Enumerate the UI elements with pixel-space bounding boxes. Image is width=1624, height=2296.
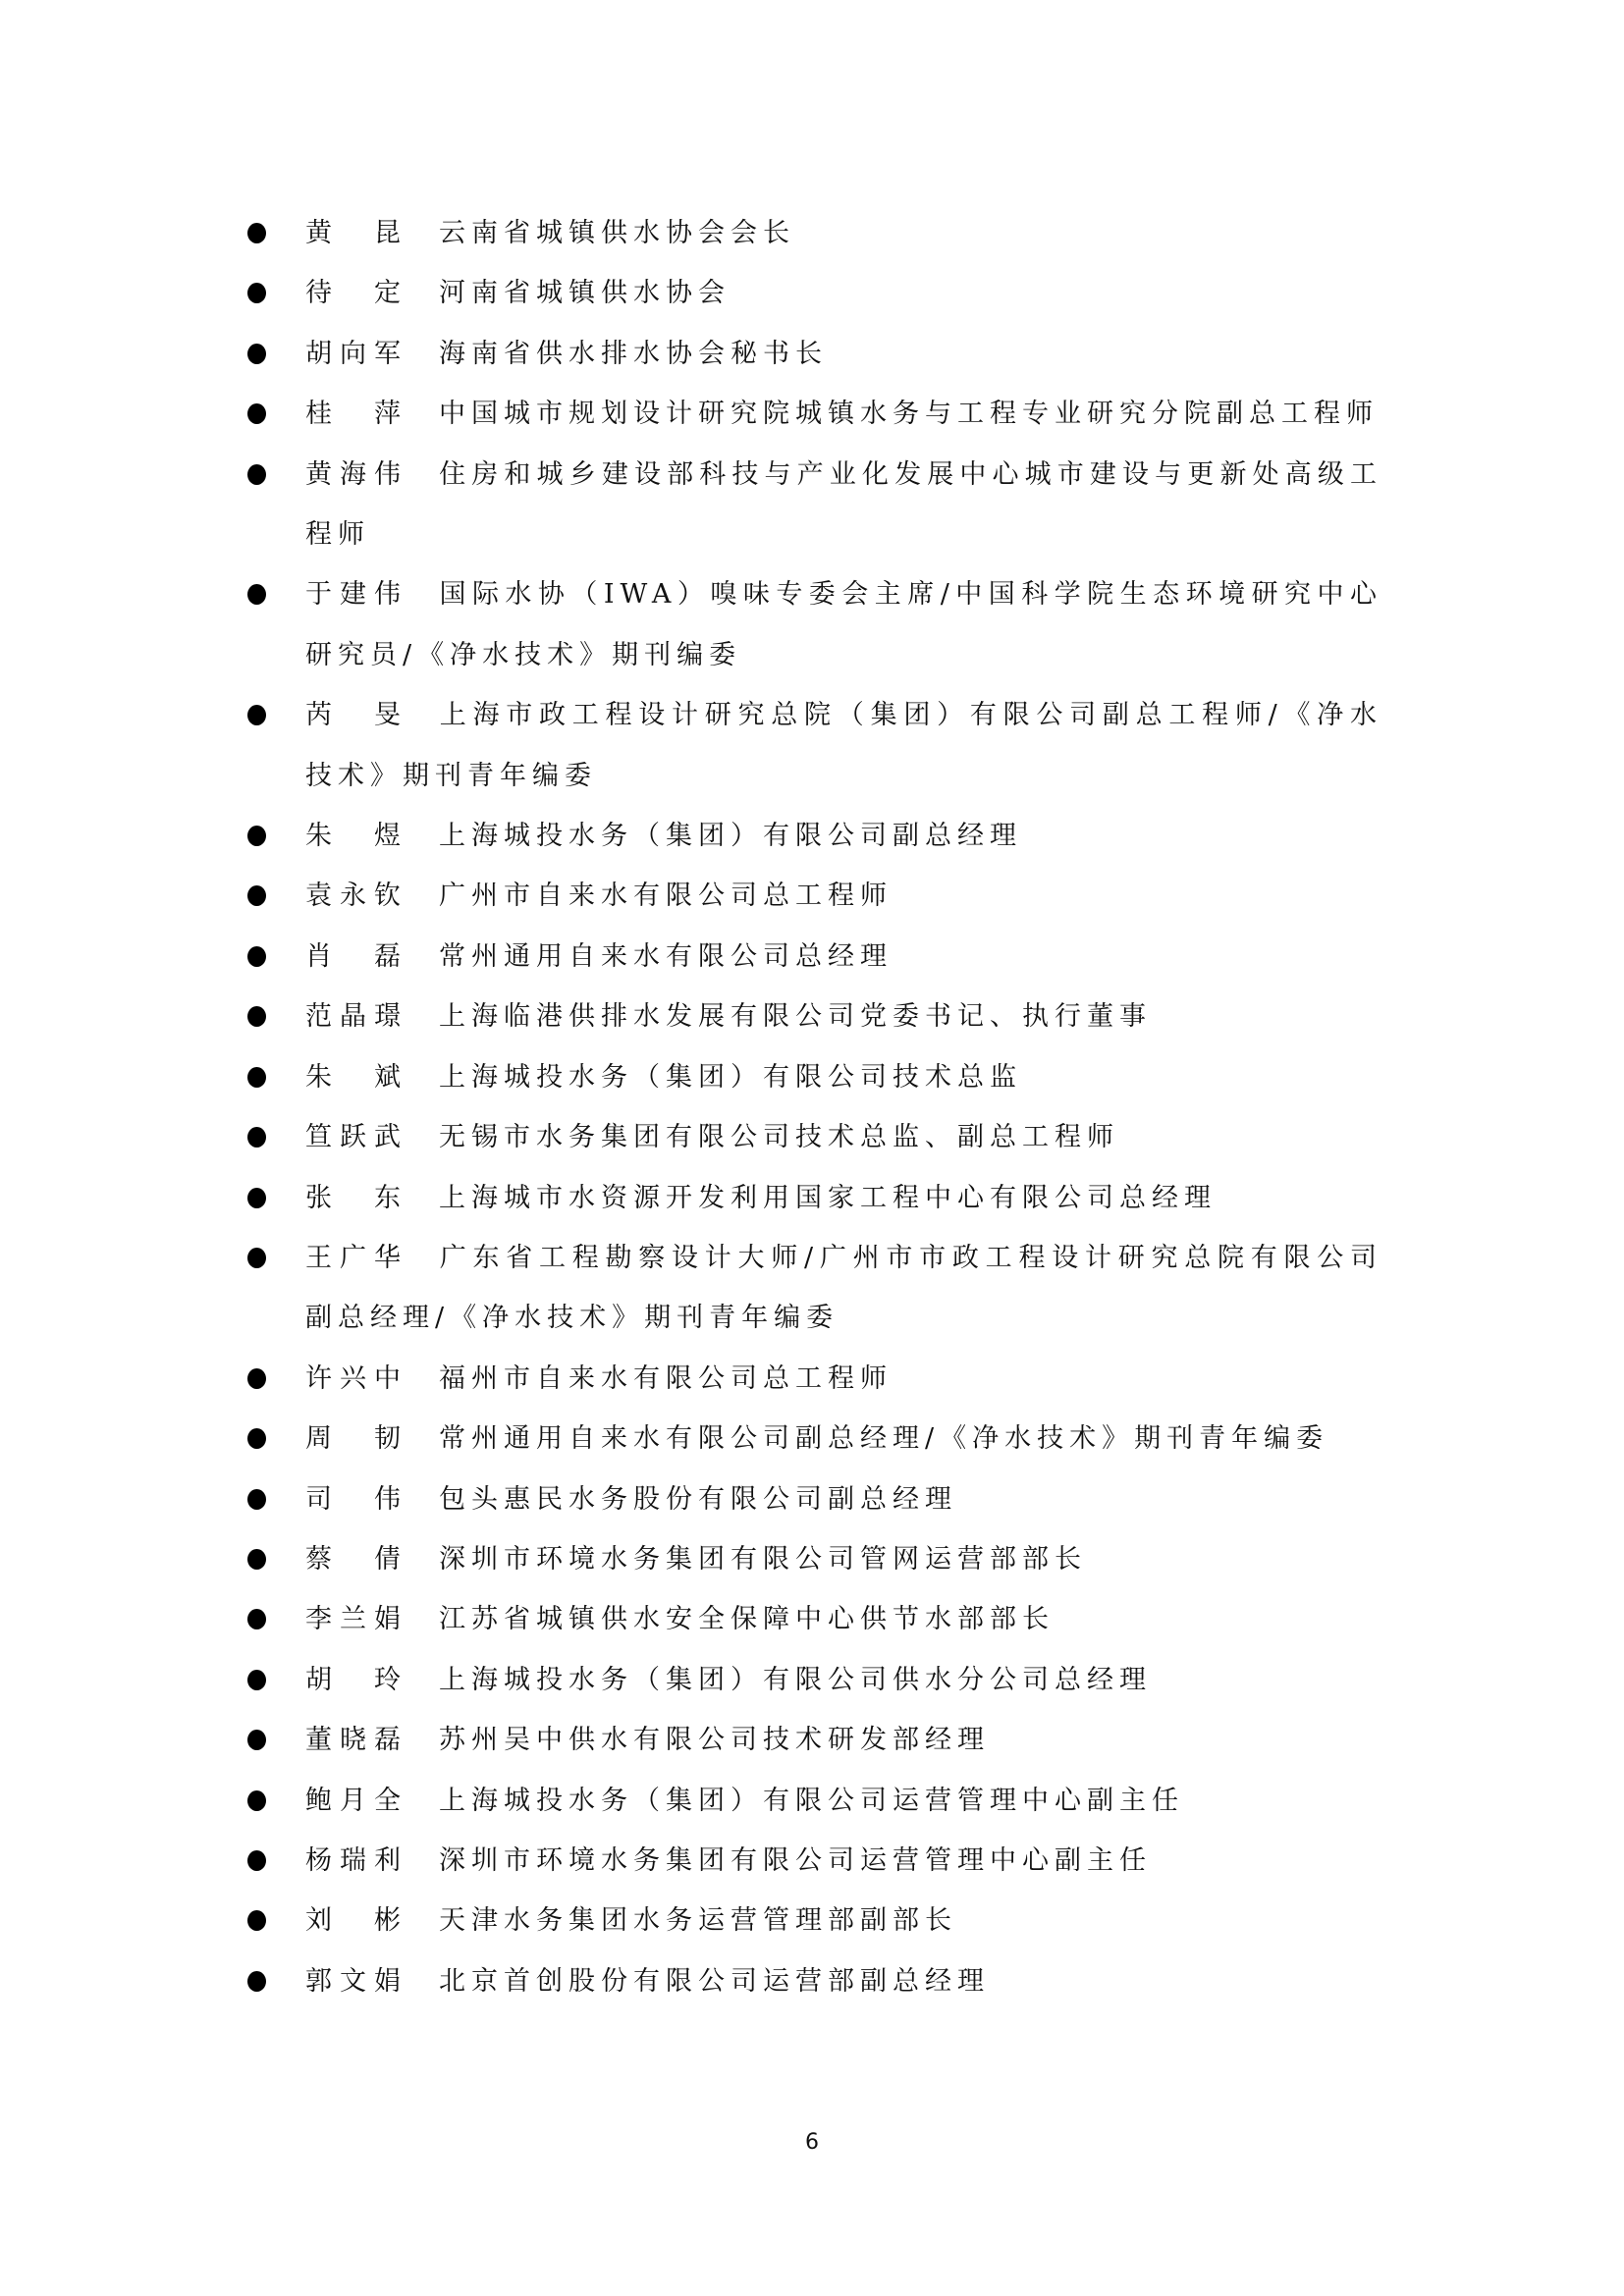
member-name: 郭文娟 — [305, 1951, 404, 2011]
list-item: 桂 萍中国城市规划设计研究院城镇水务与工程专业研究分院副总工程师 — [244, 384, 1382, 444]
member-affiliation: 云南省城镇供水协会会长 — [439, 218, 795, 248]
member-affiliation: 上海城投水务（集团）有限公司运营管理中心副主任 — [439, 1786, 1184, 1816]
list-item: 袁永钦广州市自来水有限公司总工程师 — [244, 866, 1382, 926]
list-item: 董晓磊苏州吴中供水有限公司技术研发部经理 — [244, 1710, 1382, 1770]
member-name: 芮 旻 — [305, 685, 404, 745]
member-name: 于建伟 — [305, 564, 404, 624]
bullet-icon — [247, 1670, 266, 1690]
bullet-icon — [247, 464, 266, 485]
member-name: 董晓磊 — [305, 1710, 404, 1770]
list-item: 蔡 倩深圳市环境水务集团有限公司管网运营部部长 — [244, 1529, 1382, 1589]
bullet-icon — [247, 584, 266, 605]
member-affiliation: 上海城投水务（集团）有限公司技术总监 — [439, 1062, 1022, 1093]
bullet-icon — [247, 826, 266, 846]
member-affiliation: 上海城投水务（集团）有限公司副总经理 — [439, 821, 1022, 851]
member-affiliation: 广州市自来水有限公司总工程师 — [439, 881, 893, 911]
list-item: 胡向军海南省供水排水协会秘书长 — [244, 324, 1382, 384]
list-item: 范晶璟上海临港供排水发展有限公司党委书记、执行董事 — [244, 987, 1382, 1046]
bullet-icon — [247, 403, 266, 424]
list-item: 胡 玲上海城投水务（集团）有限公司供水分公司总经理 — [244, 1650, 1382, 1710]
bullet-icon — [247, 283, 266, 303]
list-item: 于建伟国际水协（IWA）嗅味专委会主席/中国科学院生态环境研究中心研究员/《净水… — [244, 564, 1382, 685]
member-affiliation: 深圳市环境水务集团有限公司运营管理中心副主任 — [439, 1845, 1152, 1876]
list-item: 张 东上海城市水资源开发利用国家工程中心有限公司总经理 — [244, 1168, 1382, 1228]
member-name: 黄海伟 — [305, 445, 404, 505]
list-item: 黄海伟住房和城乡建设部科技与产业化发展中心城市建设与更新处高级工程师 — [244, 445, 1382, 565]
bullet-icon — [247, 1971, 266, 1992]
list-item: 朱 煜上海城投水务（集团）有限公司副总经理 — [244, 806, 1382, 866]
member-affiliation: 福州市自来水有限公司总工程师 — [439, 1363, 893, 1394]
member-name: 张 东 — [305, 1168, 404, 1228]
member-name: 王广华 — [305, 1228, 404, 1288]
document-page: 黄 昆云南省城镇供水协会会长 待 定河南省城镇供水协会 胡向军海南省供水排水协会… — [0, 0, 1624, 2296]
member-name: 笪跃武 — [305, 1107, 404, 1167]
member-affiliation: 天津水务集团水务运营管理部副部长 — [439, 1905, 957, 1936]
member-affiliation: 常州通用自来水有限公司副总经理/《净水技术》期刊青年编委 — [439, 1423, 1328, 1454]
list-item: 鲍月全上海城投水务（集团）有限公司运营管理中心副主任 — [244, 1771, 1382, 1831]
bullet-icon — [247, 223, 266, 243]
list-item: 肖 磊常州通用自来水有限公司总经理 — [244, 927, 1382, 987]
member-affiliation: 上海城投水务（集团）有限公司供水分公司总经理 — [439, 1665, 1152, 1695]
member-name: 范晶璟 — [305, 987, 404, 1046]
member-affiliation: 深圳市环境水务集团有限公司管网运营部部长 — [439, 1544, 1087, 1575]
member-name: 刘 彬 — [305, 1891, 404, 1950]
list-item: 王广华广东省工程勘察设计大师/广州市市政工程设计研究总院有限公司副总经理/《净水… — [244, 1228, 1382, 1349]
list-item: 笪跃武无锡市水务集团有限公司技术总监、副总工程师 — [244, 1107, 1382, 1167]
bullet-icon — [247, 1609, 266, 1629]
bullet-icon — [247, 1428, 266, 1449]
list-item: 黄 昆云南省城镇供水协会会长 — [244, 203, 1382, 263]
bullet-icon — [247, 1489, 266, 1510]
member-name: 蔡 倩 — [305, 1529, 404, 1589]
member-name: 胡向军 — [305, 324, 404, 384]
bullet-icon — [247, 1910, 266, 1931]
list-item: 许兴中福州市自来水有限公司总工程师 — [244, 1349, 1382, 1409]
member-affiliation: 无锡市水务集团有限公司技术总监、副总工程师 — [439, 1122, 1119, 1152]
member-name: 待 定 — [305, 263, 404, 323]
list-item: 李兰娟江苏省城镇供水安全保障中心供节水部部长 — [244, 1589, 1382, 1649]
member-affiliation: 广东省工程勘察设计大师/广州市市政工程设计研究总院有限公司副总经理/《净水技术》… — [305, 1243, 1382, 1333]
member-affiliation: 上海城市水资源开发利用国家工程中心有限公司总经理 — [439, 1183, 1217, 1213]
member-name: 鲍月全 — [305, 1771, 404, 1831]
list-item: 待 定河南省城镇供水协会 — [244, 263, 1382, 323]
bullet-icon — [247, 1850, 266, 1871]
bullet-icon — [247, 1127, 266, 1148]
member-affiliation: 海南省供水排水协会秘书长 — [439, 339, 828, 369]
bullet-icon — [247, 705, 266, 725]
bullet-icon — [247, 946, 266, 967]
member-name: 杨瑞利 — [305, 1831, 404, 1891]
member-affiliation: 包头惠民水务股份有限公司副总经理 — [439, 1484, 957, 1515]
member-affiliation: 住房和城乡建设部科技与产业化发展中心城市建设与更新处高级工程师 — [305, 459, 1382, 550]
bullet-icon — [247, 1549, 266, 1570]
list-item: 周 韧常州通用自来水有限公司副总经理/《净水技术》期刊青年编委 — [244, 1409, 1382, 1468]
list-item: 朱 斌上海城投水务（集团）有限公司技术总监 — [244, 1047, 1382, 1107]
member-affiliation: 苏州吴中供水有限公司技术研发部经理 — [439, 1725, 990, 1755]
member-name: 胡 玲 — [305, 1650, 404, 1710]
member-affiliation: 江苏省城镇供水安全保障中心供节水部部长 — [439, 1604, 1055, 1634]
bullet-icon — [247, 1790, 266, 1811]
list-item: 杨瑞利深圳市环境水务集团有限公司运营管理中心副主任 — [244, 1831, 1382, 1891]
member-name: 袁永钦 — [305, 866, 404, 926]
bullet-icon — [247, 344, 266, 364]
page-number: 6 — [0, 2130, 1624, 2155]
member-affiliation: 常州通用自来水有限公司总经理 — [439, 941, 893, 972]
list-item: 芮 旻上海市政工程设计研究总院（集团）有限公司副总工程师/《净水技术》期刊青年编… — [244, 685, 1382, 806]
member-name: 司 伟 — [305, 1469, 404, 1529]
member-affiliation: 北京首创股份有限公司运营部副总经理 — [439, 1966, 990, 1997]
member-affiliation: 河南省城镇供水协会 — [439, 278, 731, 308]
member-affiliation: 上海临港供排水发展有限公司党委书记、执行董事 — [439, 1001, 1152, 1032]
bullet-icon — [247, 1368, 266, 1389]
member-affiliation: 国际水协（IWA）嗅味专委会主席/中国科学院生态环境研究中心研究员/《净水技术》… — [305, 579, 1382, 669]
member-name: 周 韧 — [305, 1409, 404, 1468]
member-name: 桂 萍 — [305, 384, 404, 444]
bullet-icon — [247, 1188, 266, 1208]
list-item: 司 伟包头惠民水务股份有限公司副总经理 — [244, 1469, 1382, 1529]
member-affiliation: 上海市政工程设计研究总院（集团）有限公司副总工程师/《净水技术》期刊青年编委 — [305, 700, 1382, 790]
bullet-icon — [247, 1730, 266, 1750]
member-list: 黄 昆云南省城镇供水协会会长 待 定河南省城镇供水协会 胡向军海南省供水排水协会… — [244, 203, 1382, 2011]
member-affiliation: 中国城市规划设计研究院城镇水务与工程专业研究分院副总工程师 — [439, 399, 1379, 429]
member-name: 肖 磊 — [305, 927, 404, 987]
list-item: 刘 彬天津水务集团水务运营管理部副部长 — [244, 1891, 1382, 1950]
member-name: 黄 昆 — [305, 203, 404, 263]
member-name: 李兰娟 — [305, 1589, 404, 1649]
bullet-icon — [247, 1067, 266, 1088]
list-item: 郭文娟北京首创股份有限公司运营部副总经理 — [244, 1951, 1382, 2011]
member-name: 朱 煜 — [305, 806, 404, 866]
bullet-icon — [247, 885, 266, 906]
member-name: 朱 斌 — [305, 1047, 404, 1107]
bullet-icon — [247, 1006, 266, 1027]
member-name: 许兴中 — [305, 1349, 404, 1409]
bullet-icon — [247, 1248, 266, 1268]
